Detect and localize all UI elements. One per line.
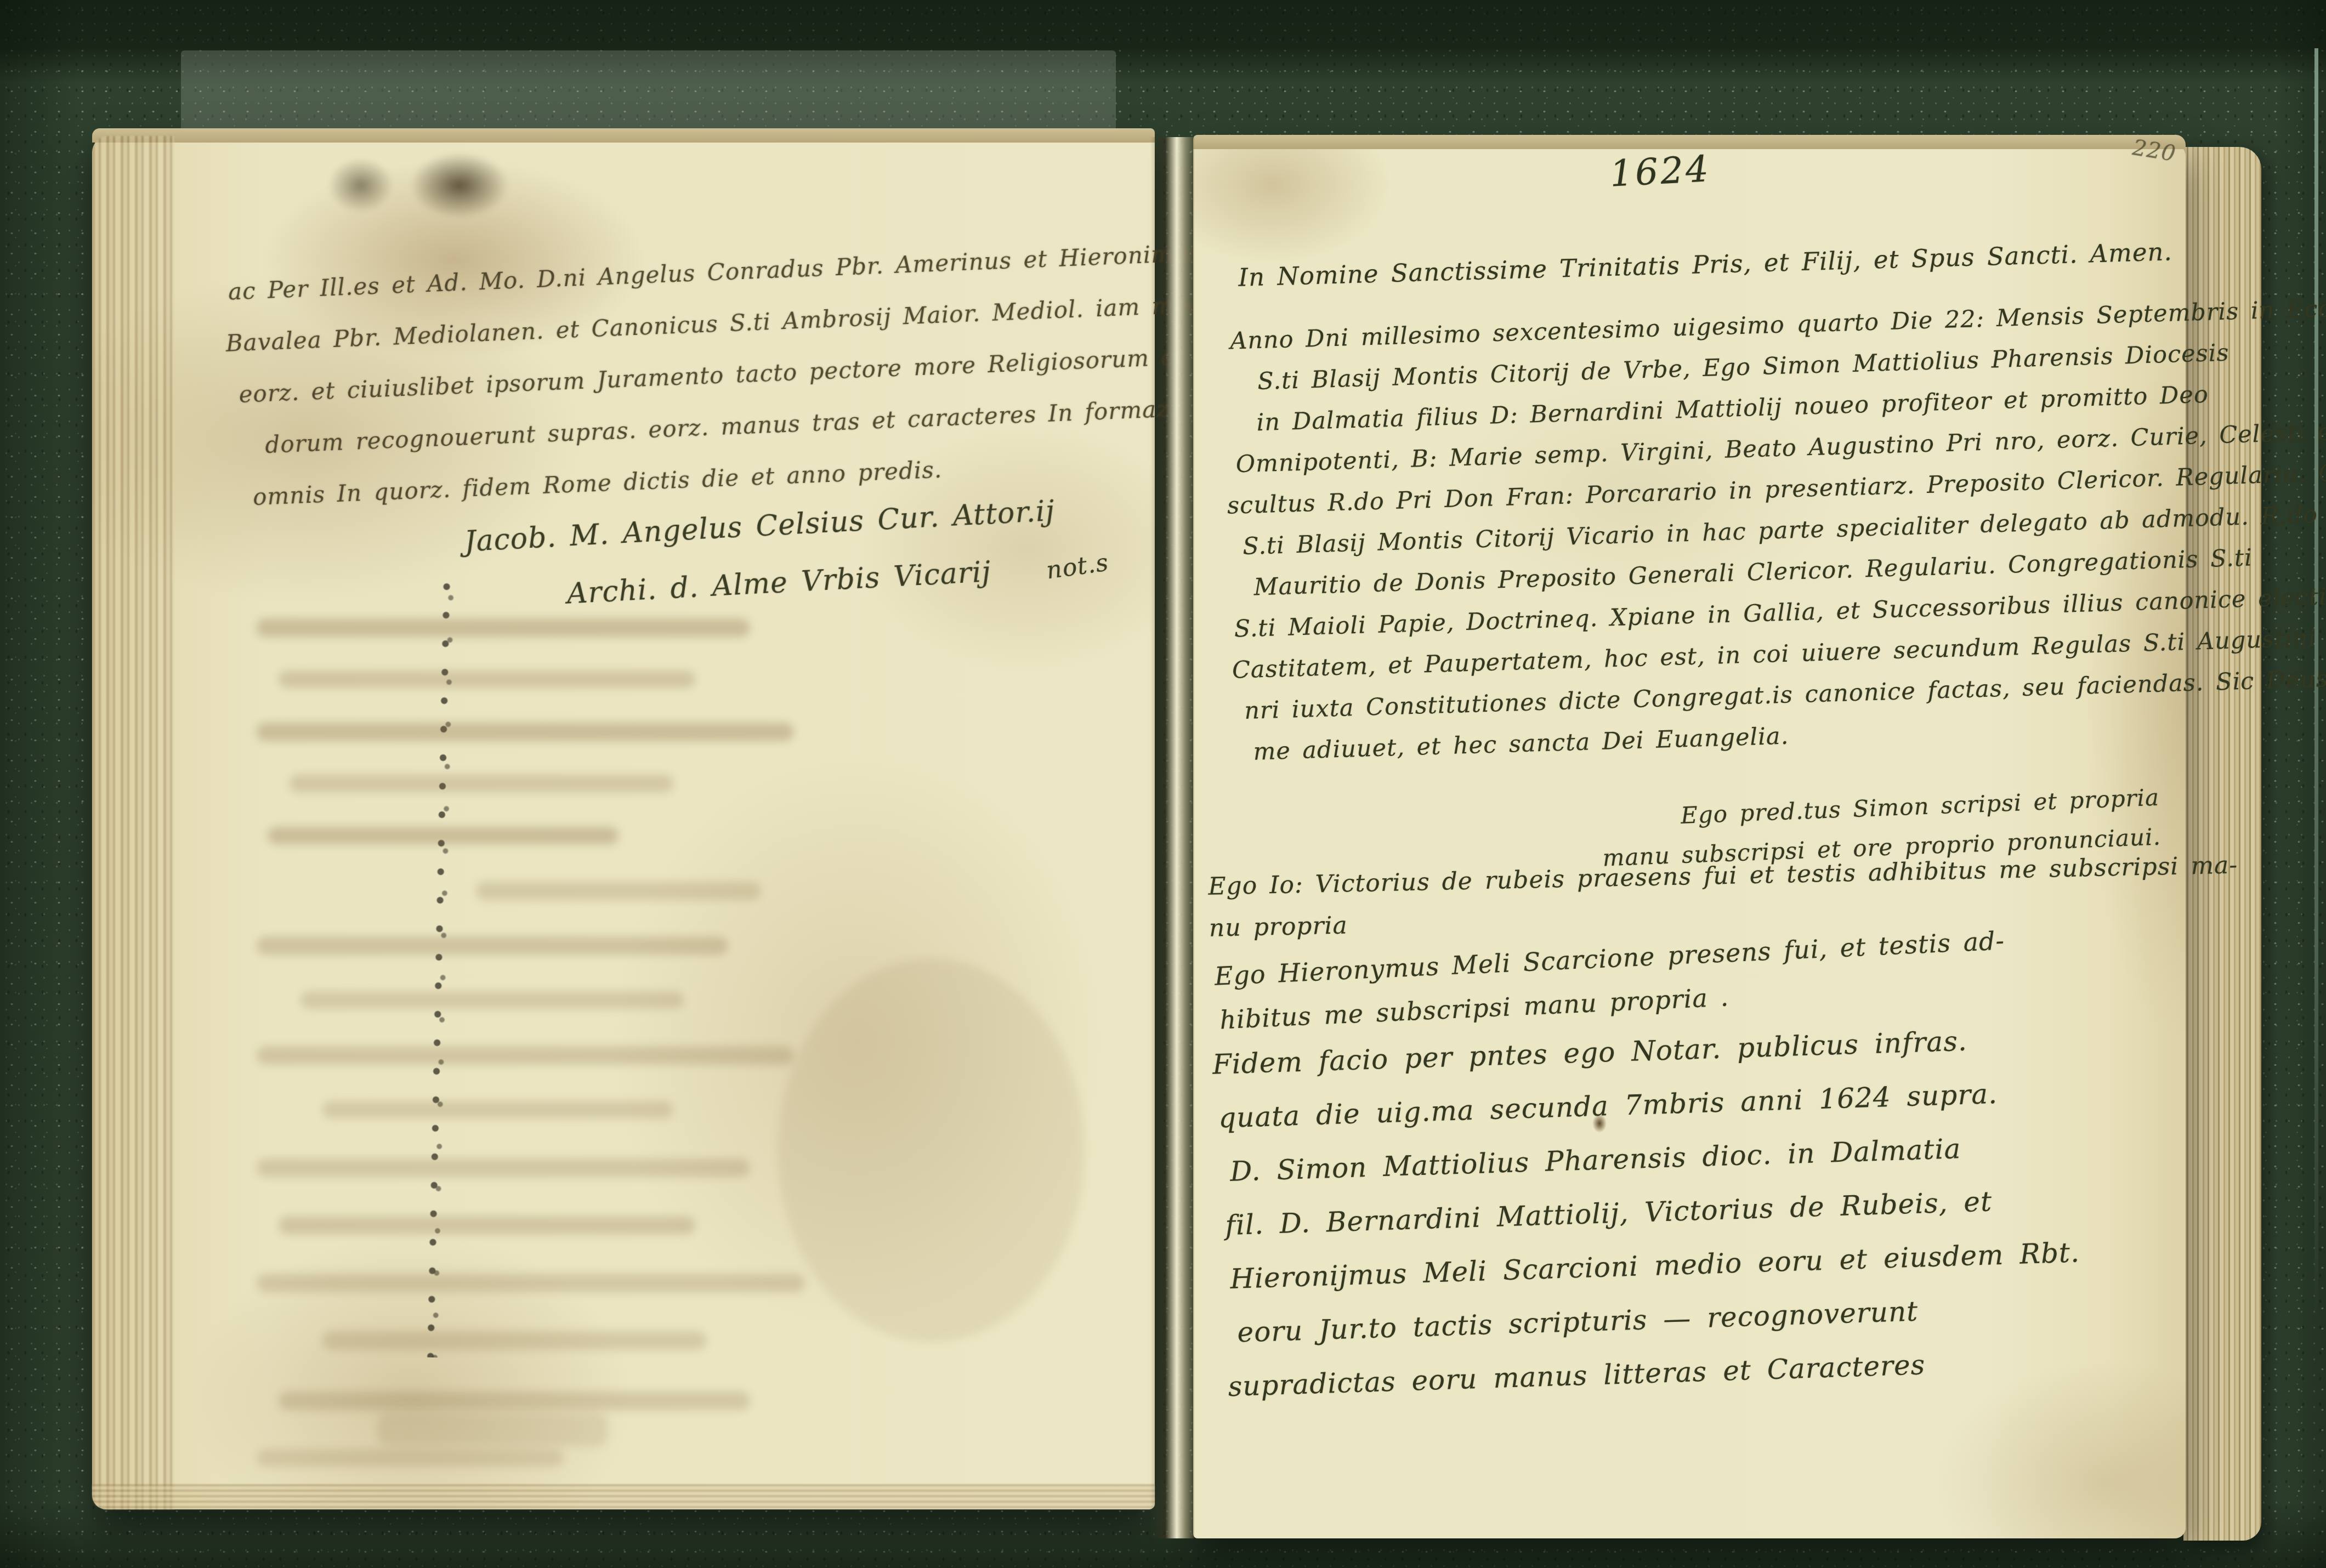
bleed-through-line: [257, 723, 794, 741]
bleed-through-line: [377, 1413, 608, 1446]
book-gutter: [1150, 137, 1194, 1538]
invocation-line: In Nomine Sanctissime Trinitatis Pris, e…: [1238, 237, 2173, 292]
left-binding-edge: [92, 136, 174, 1509]
bleed-through-line: [322, 1101, 673, 1118]
bleed-through-line: [279, 671, 695, 688]
notary-attestation: Fidem facio per pntes ego Notar. publicu…: [1212, 1011, 2084, 1414]
right-page: 1624 220 In Nomine Sanctissime Trinitati…: [1193, 143, 2186, 1538]
open-book: ac Per Ill.es et Ad. Mo. D.ni Angelus Co…: [0, 0, 2326, 1568]
right-page-top-edge: [1193, 135, 2186, 149]
left-page: ac Per Ill.es et Ad. Mo. D.ni Angelus Co…: [92, 136, 1155, 1509]
left-paragraph: ac Per Ill.es et Ad. Mo. D.ni Angelus Co…: [227, 231, 1125, 524]
bleed-through-line: [257, 1046, 794, 1065]
ink-smudge: [410, 152, 509, 218]
bleed-through-line: [279, 1216, 695, 1235]
left-page-top-edge: [92, 128, 1155, 143]
bleed-through-line: [279, 1391, 750, 1410]
profession-text: Anno Dni millesimo sexcentesimo uigesimo…: [1222, 293, 2189, 773]
bleed-through-line: [257, 936, 728, 955]
left-page-bottom-edge: [92, 1484, 1155, 1509]
bleed-through-line: [322, 1331, 706, 1350]
bleed-through-line: [300, 991, 684, 1009]
bleed-through-line: [476, 882, 761, 900]
bleed-through-line: [257, 1158, 750, 1177]
bleed-through-line: [257, 1274, 805, 1292]
stain: [778, 958, 1085, 1342]
bleed-through-line: [257, 1449, 564, 1467]
ink-blot: [1592, 1114, 1607, 1133]
bleed-through-line: [290, 775, 673, 792]
photo-background: ac Per Ill.es et Ad. Mo. D.ni Angelus Co…: [0, 0, 2326, 1568]
ink-dot-chain: [424, 579, 456, 1357]
bleed-through-line: [268, 827, 619, 844]
bleed-through-line: [257, 618, 750, 637]
year-header: 1624: [1609, 147, 1712, 195]
ink-smudge: [328, 158, 394, 213]
